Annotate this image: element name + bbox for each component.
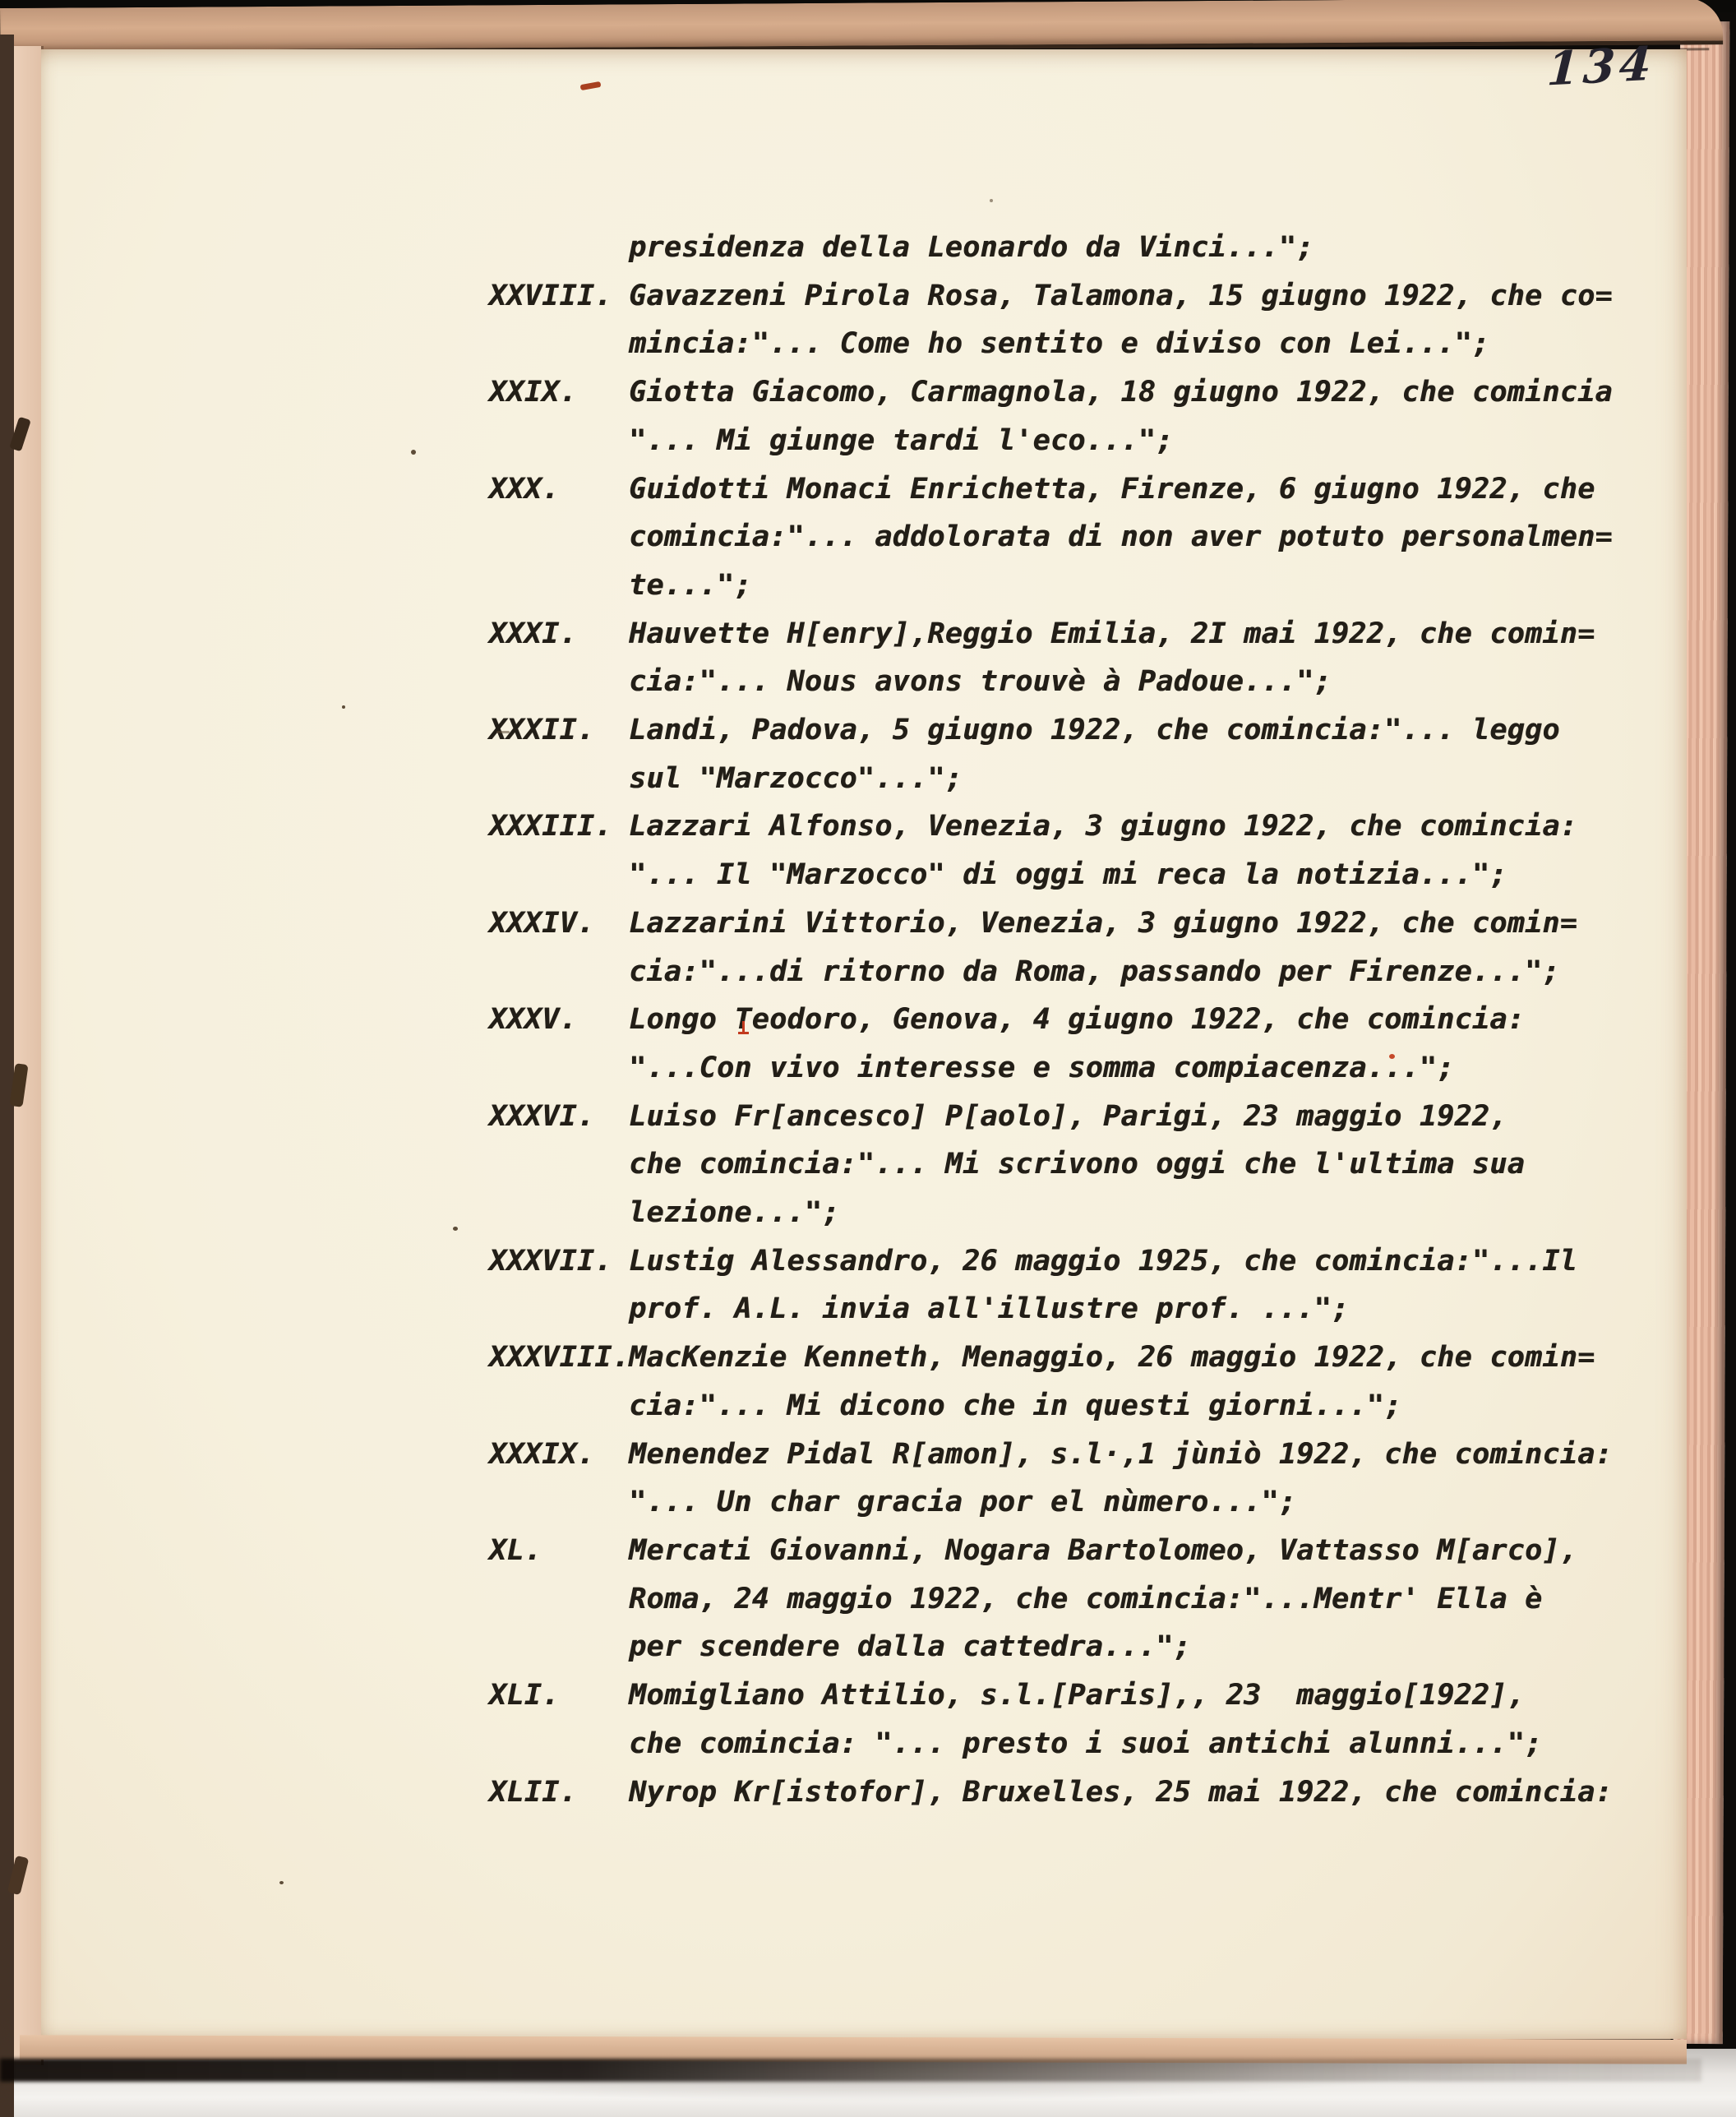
entry-numeral: XXXVIII. xyxy=(489,1334,629,1430)
entry-lines: Menendez Pidal R[amon], s.l·,1 jùniò 192… xyxy=(629,1431,1613,1527)
typewritten-list: presidenza della Leonardo da Vinci...";X… xyxy=(489,224,1613,1816)
entry-line: Lazzarini Vittorio, Venezia, 3 giugno 19… xyxy=(629,899,1577,948)
entry-row: XXXII.Landi, Padova, 5 giugno 1922, che … xyxy=(489,706,1613,802)
entry-row: XXXVIII.MacKenzie Kenneth, Menaggio, 26 … xyxy=(489,1334,1613,1430)
page-bottom-shadow xyxy=(0,2059,1701,2082)
entry-lines: Giotta Giacomo, Carmagnola, 18 giugno 19… xyxy=(629,368,1613,465)
entry-line: Roma, 24 maggio 1922, che comincia:"...M… xyxy=(629,1575,1577,1624)
entry-lines: Longo Teodoro, Genova, 4 giugno 1922, ch… xyxy=(629,996,1525,1092)
entry-line: Momigliano Attilio, s.l.[Paris],, 23 mag… xyxy=(629,1671,1542,1720)
entry-line: "...Con vivo interesse e somma compiacen… xyxy=(629,1044,1525,1093)
book-binding-edge xyxy=(0,35,14,2117)
entry-line: "... Un char gracia por el nùmero..."; xyxy=(629,1478,1613,1527)
entry-numeral: XXVIII. xyxy=(489,272,629,368)
entry-row: XXX.Guidotti Monaci Enrichetta, Firenze,… xyxy=(489,465,1613,610)
entry-line: Giotta Giacomo, Carmagnola, 18 giugno 19… xyxy=(629,368,1613,417)
entry-line: sul "Marzocco"..."; xyxy=(629,755,1560,803)
entry-line: per scendere dalla cattedra..."; xyxy=(629,1623,1577,1671)
entry-line: Landi, Padova, 5 giugno 1922, che cominc… xyxy=(629,706,1560,755)
entry-numeral: XXXVII. xyxy=(489,1237,629,1334)
entry-line: Mercati Giovanni, Nogara Bartolomeo, Vat… xyxy=(629,1527,1577,1575)
entry-line: lezione..."; xyxy=(629,1189,1525,1237)
paper-speck xyxy=(990,199,993,202)
entry-line: Longo Teodoro, Genova, 4 giugno 1922, ch… xyxy=(629,996,1525,1044)
entry-numeral: XLI. xyxy=(489,1671,629,1768)
entry-row: XXXIV.Lazzarini Vittorio, Venezia, 3 giu… xyxy=(489,899,1613,996)
entry-row: XXXVI.Luiso Fr[ancesco] P[aolo], Parigi,… xyxy=(489,1093,1613,1237)
entry-line: te..."; xyxy=(629,562,1613,610)
entry-line: Guidotti Monaci Enrichetta, Firenze, 6 g… xyxy=(629,465,1613,514)
book-top-edge xyxy=(0,0,1723,55)
entry-row: XXXIII.Lazzari Alfonso, Venezia, 3 giugn… xyxy=(489,802,1613,899)
paper-speck xyxy=(279,1881,284,1884)
scanned-book-page: { "page": { "number": "134", "kind": "ty… xyxy=(0,0,1736,2117)
entry-numeral: XXXII. xyxy=(489,706,629,802)
entry-line: MacKenzie Kenneth, Menaggio, 26 maggio 1… xyxy=(629,1334,1595,1382)
red-pencil-dot xyxy=(1389,1054,1395,1059)
entry-lines: Hauvette H[enry],Reggio Emilia, 2I mai 1… xyxy=(629,610,1595,706)
entry-row: XXIX.Giotta Giacomo, Carmagnola, 18 giug… xyxy=(489,368,1613,465)
entry-row: presidenza della Leonardo da Vinci..."; xyxy=(489,224,1613,272)
entry-numeral: XXXIX. xyxy=(489,1431,629,1527)
entry-numeral: XXXVI. xyxy=(489,1093,629,1237)
entry-lines: Nyrop Kr[istofor], Bruxelles, 25 mai 192… xyxy=(629,1768,1613,1817)
entry-row: XXXI.Hauvette H[enry],Reggio Emilia, 2I … xyxy=(489,610,1613,706)
paper-speck xyxy=(453,1227,458,1231)
entry-line: Hauvette H[enry],Reggio Emilia, 2I mai 1… xyxy=(629,610,1595,659)
entry-line: "... Mi giunge tardi l'eco..."; xyxy=(629,417,1613,465)
entry-line: Lazzari Alfonso, Venezia, 3 giugno 1922,… xyxy=(629,802,1577,851)
entry-row: XXXV.Longo Teodoro, Genova, 4 giugno 192… xyxy=(489,996,1613,1092)
entry-line: presidenza della Leonardo da Vinci..."; xyxy=(629,224,1314,272)
entry-lines: Mercati Giovanni, Nogara Bartolomeo, Vat… xyxy=(629,1527,1577,1671)
entry-lines: Guidotti Monaci Enrichetta, Firenze, 6 g… xyxy=(629,465,1613,610)
entry-lines: Momigliano Attilio, s.l.[Paris],, 23 mag… xyxy=(629,1671,1542,1768)
entry-numeral: XLII. xyxy=(489,1768,629,1817)
entry-numeral: XXIX. xyxy=(489,368,629,465)
entry-row: XLI.Momigliano Attilio, s.l.[Paris],, 23… xyxy=(489,1671,1613,1768)
entry-line: "... Il "Marzocco" di oggi mi reca la no… xyxy=(629,851,1577,899)
entry-lines: Landi, Padova, 5 giugno 1922, che cominc… xyxy=(629,706,1560,802)
entry-line: cia:"... Mi dicono che in questi giorni.… xyxy=(629,1382,1595,1431)
paper-speck xyxy=(342,705,345,709)
red-pencil-caret xyxy=(742,1021,745,1034)
entry-row: XXXVII.Lustig Alessandro, 26 maggio 1925… xyxy=(489,1237,1613,1334)
entry-lines: Lazzari Alfonso, Venezia, 3 giugno 1922,… xyxy=(629,802,1577,899)
entry-row: XXVIII.Gavazzeni Pirola Rosa, Talamona, … xyxy=(489,272,1613,368)
entry-line: Gavazzeni Pirola Rosa, Talamona, 15 giug… xyxy=(629,272,1613,321)
entry-line: mincia:"... Come ho sentito e diviso con… xyxy=(629,320,1613,368)
entry-lines: Lustig Alessandro, 26 maggio 1925, che c… xyxy=(629,1237,1577,1334)
entry-numeral: XXXI. xyxy=(489,610,629,706)
entry-lines: MacKenzie Kenneth, Menaggio, 26 maggio 1… xyxy=(629,1334,1595,1430)
entry-numeral: XXXIV. xyxy=(489,899,629,996)
entry-line: che comincia: "... presto i suoi antichi… xyxy=(629,1720,1542,1768)
entry-numeral: XXXV. xyxy=(489,996,629,1092)
entry-line: cia:"...di ritorno da Roma, passando per… xyxy=(629,948,1577,996)
entry-line: Menendez Pidal R[amon], s.l·,1 jùniò 192… xyxy=(629,1431,1613,1479)
paper-speck xyxy=(496,731,510,733)
entry-row: XLII.Nyrop Kr[istofor], Bruxelles, 25 ma… xyxy=(489,1768,1613,1817)
page-number: 134 xyxy=(1545,36,1656,96)
entry-row: XL.Mercati Giovanni, Nogara Bartolomeo, … xyxy=(489,1527,1613,1671)
entry-line: prof. A.L. invia all'illustre prof. ..."… xyxy=(629,1285,1577,1334)
entry-lines: presidenza della Leonardo da Vinci..."; xyxy=(629,224,1314,272)
entry-line: cia:"... Nous avons trouvè à Padoue..."; xyxy=(629,658,1595,706)
paper-speck xyxy=(411,450,416,455)
entry-numeral xyxy=(489,224,629,272)
entry-lines: Lazzarini Vittorio, Venezia, 3 giugno 19… xyxy=(629,899,1577,996)
entry-line: che comincia:"... Mi scrivono oggi che l… xyxy=(629,1140,1525,1189)
entry-line: Luiso Fr[ancesco] P[aolo], Parigi, 23 ma… xyxy=(629,1093,1525,1141)
entry-line: Nyrop Kr[istofor], Bruxelles, 25 mai 192… xyxy=(629,1768,1613,1817)
entry-numeral: XXX. xyxy=(489,465,629,610)
entry-numeral: XXXIII. xyxy=(489,802,629,899)
entry-line: comincia:"... addolorata di non aver pot… xyxy=(629,513,1613,562)
entry-lines: Gavazzeni Pirola Rosa, Talamona, 15 giug… xyxy=(629,272,1613,368)
entry-numeral: XL. xyxy=(489,1527,629,1671)
entry-line: Lustig Alessandro, 26 maggio 1925, che c… xyxy=(629,1237,1577,1286)
entry-row: XXXIX.Menendez Pidal R[amon], s.l·,1 jùn… xyxy=(489,1431,1613,1527)
entry-lines: Luiso Fr[ancesco] P[aolo], Parigi, 23 ma… xyxy=(629,1093,1525,1237)
page-left-edge xyxy=(14,46,44,2065)
